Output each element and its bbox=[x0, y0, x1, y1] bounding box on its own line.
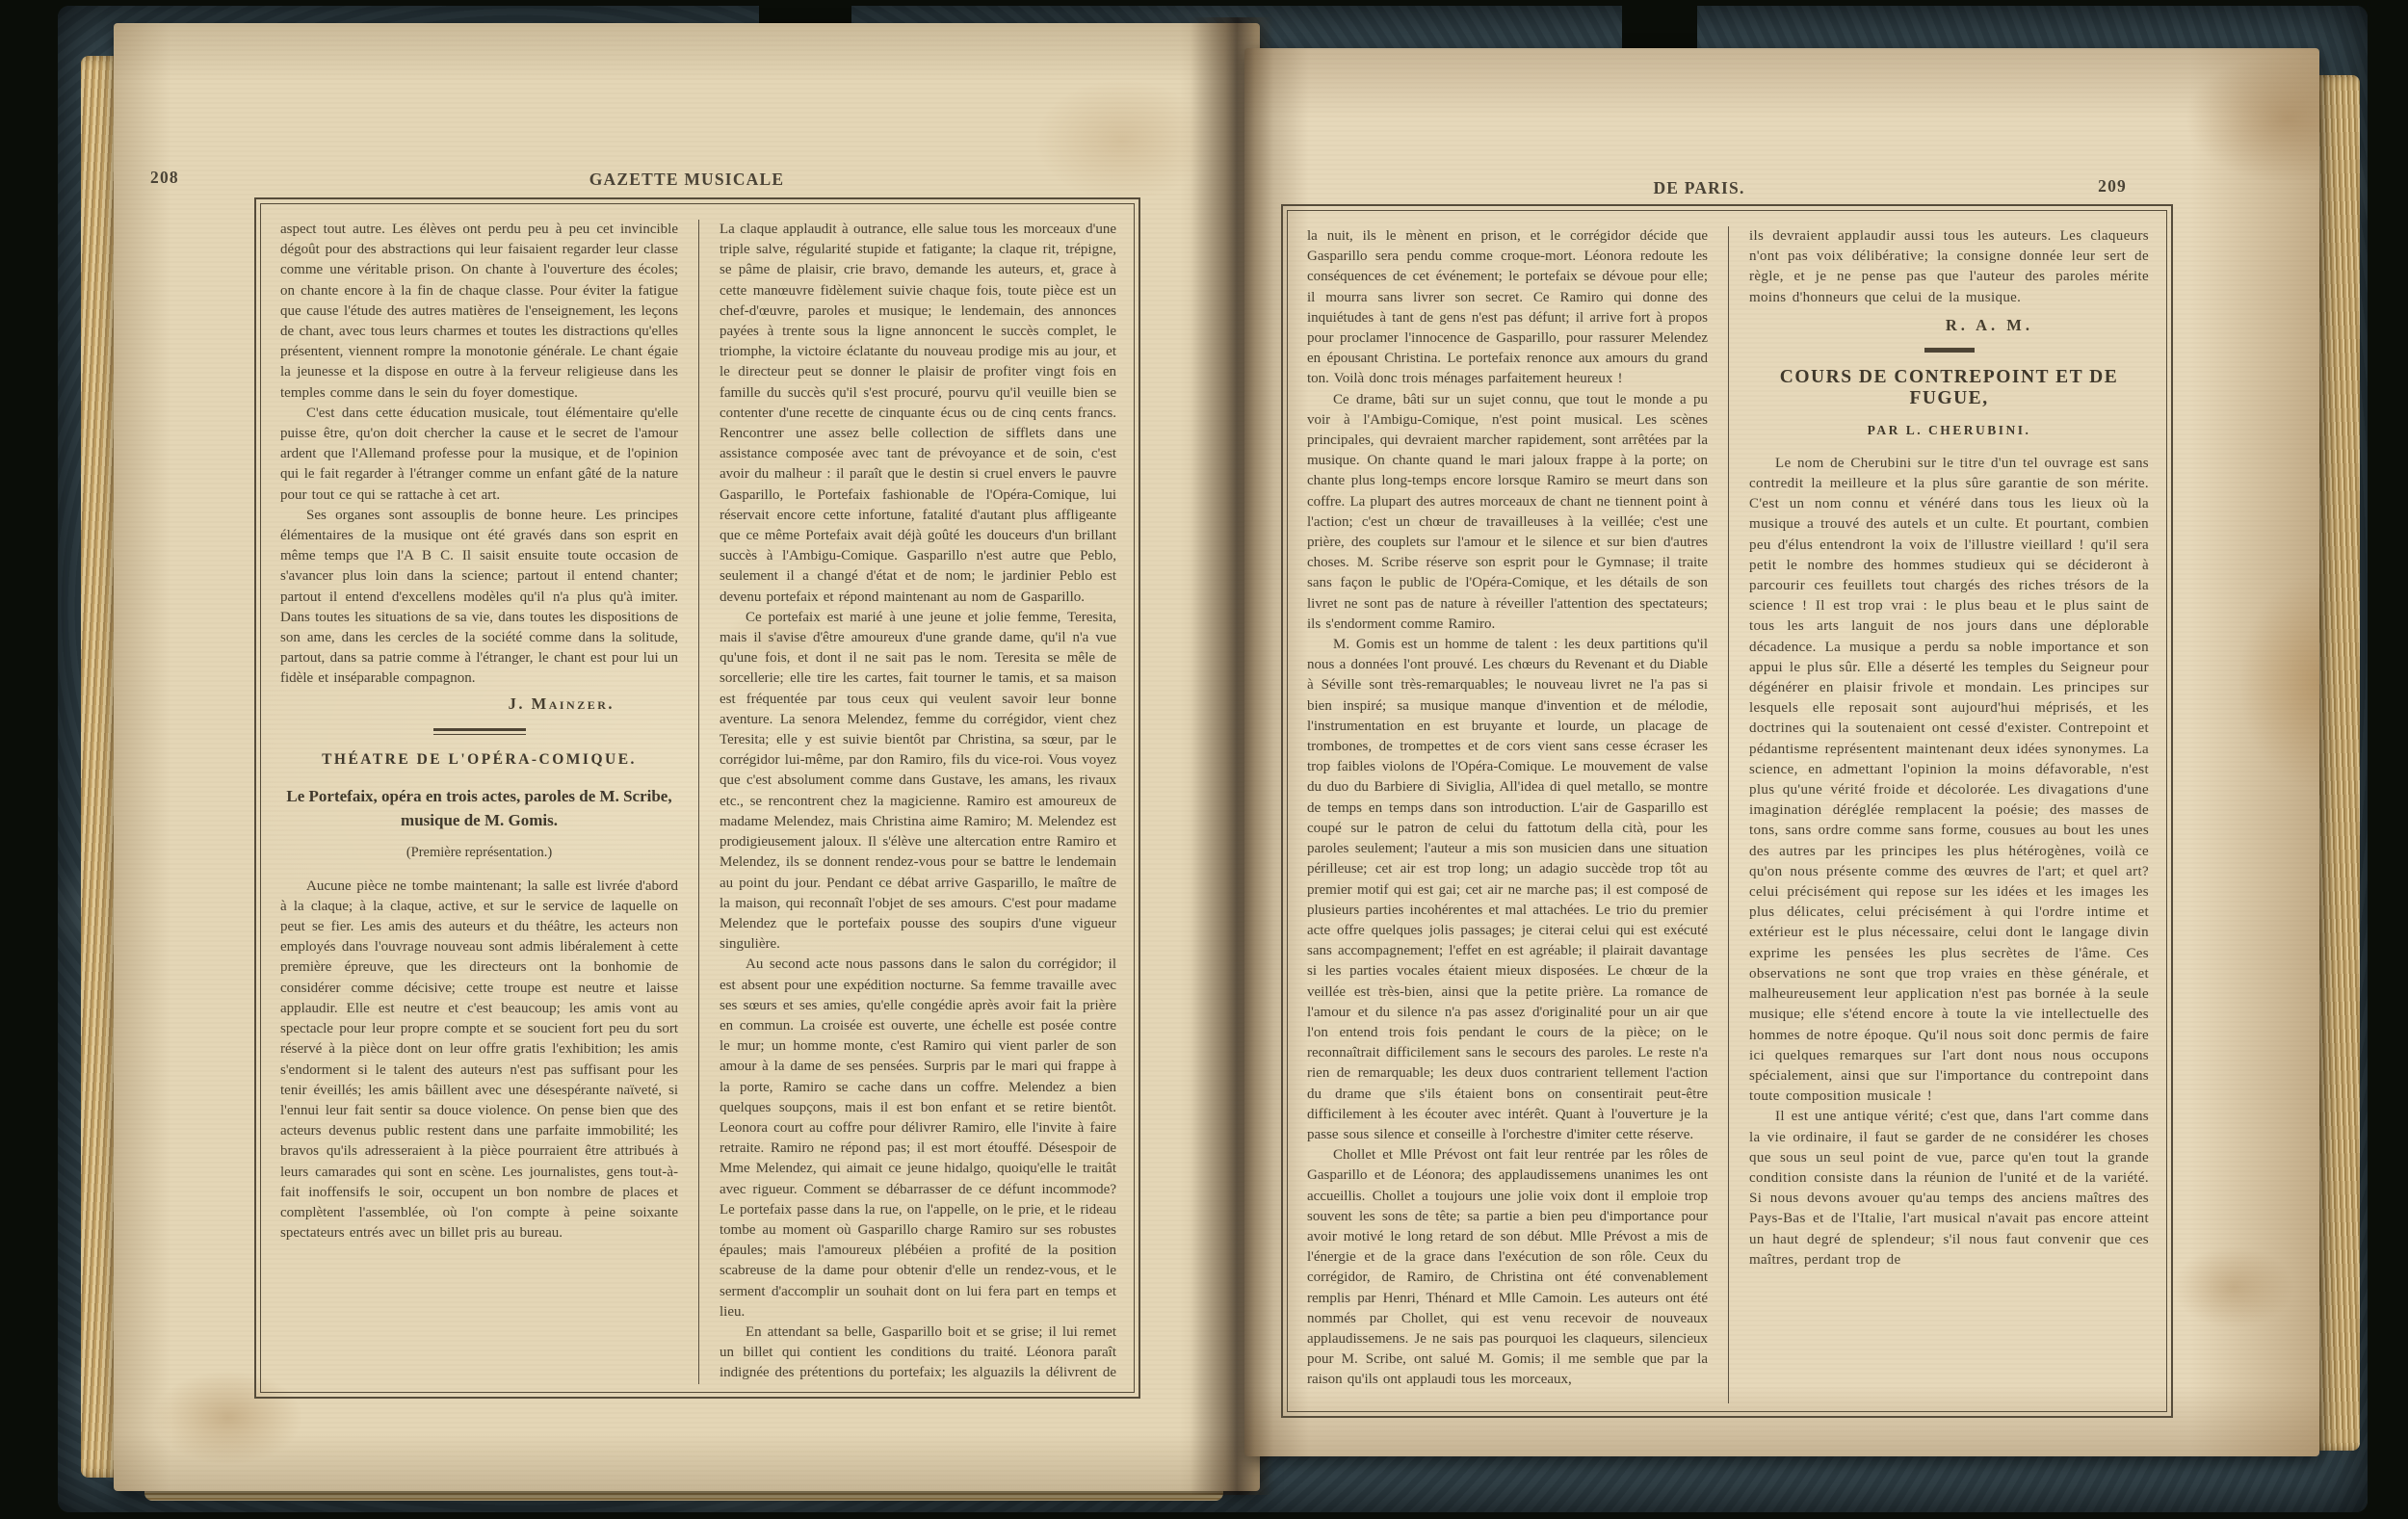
work-title-portefaix: Le Portefaix, opéra en trois actes, paro… bbox=[286, 784, 672, 832]
author-signature-ram: R. A. M. bbox=[1749, 316, 2149, 335]
paragraph: Aucune pièce ne tombe maintenant; la sal… bbox=[280, 877, 678, 1244]
paragraph: La claque applaudit à outrance, elle sal… bbox=[720, 220, 1116, 608]
scanned-book-photo: { "publication": { "left_page": { "page_… bbox=[0, 0, 2408, 1519]
section-divider bbox=[433, 728, 526, 735]
paragraph: Ce drame, bâti sur un sujet connu, que t… bbox=[1307, 390, 1708, 635]
column-209-1: la nuit, ils le mènent en prison, et le … bbox=[1307, 226, 1728, 1403]
running-title-right: DE PARIS. bbox=[1162, 178, 2237, 198]
background-notch bbox=[1622, 0, 1697, 54]
column-208-1: aspect tout autre. Les élèves ont perdu … bbox=[280, 220, 698, 1384]
page-right: DE PARIS. 209 la nuit, ils le mènent en … bbox=[1244, 48, 2319, 1456]
paragraph: M. Gomis est un homme de talent : les de… bbox=[1307, 635, 1708, 1145]
premiere-note: (Première représentation.) bbox=[280, 845, 678, 861]
page-left: 208 GAZETTE MUSICALE aspect tout autre. … bbox=[114, 23, 1260, 1491]
paragraph: Le nom de Cherubini sur le titre d'un te… bbox=[1749, 454, 2149, 1108]
page-number-right: 209 bbox=[2098, 176, 2127, 196]
article-heading-contrepoint: COURS DE CONTREPOINT ET DE FUGUE, bbox=[1749, 367, 2149, 409]
paragraph: Chollet et Mlle Prévost ont fait leur re… bbox=[1307, 1145, 1708, 1390]
paragraph: Ce portefaix est marié à une jeune et jo… bbox=[720, 608, 1116, 955]
column-208-2: La claque applaudit à outrance, elle sal… bbox=[698, 220, 1116, 1384]
paragraph: C'est dans cette éducation musicale, tou… bbox=[280, 404, 678, 506]
section-divider bbox=[1924, 348, 1975, 353]
byline-cherubini: PAR L. CHERUBINI. bbox=[1749, 423, 2149, 438]
column-209-2: ils devraient applaudir aussi tous les a… bbox=[1728, 226, 2149, 1403]
paragraph: ils devraient applaudir aussi tous les a… bbox=[1749, 226, 2149, 308]
text-frame-left: aspect tout autre. Les élèves ont perdu … bbox=[254, 197, 1140, 1399]
paragraph: Il est une antique vérité; c'est que, da… bbox=[1749, 1107, 2149, 1270]
text-frame-right: la nuit, ils le mènent en prison, et le … bbox=[1281, 204, 2173, 1418]
paragraph: aspect tout autre. Les élèves ont perdu … bbox=[280, 220, 678, 404]
running-title-left: GAZETTE MUSICALE bbox=[114, 170, 1260, 190]
section-heading-theatre: THÉATRE DE L'OPÉRA-COMIQUE. bbox=[280, 751, 678, 769]
paragraph: la nuit, ils le mènent en prison, et le … bbox=[1307, 226, 1708, 390]
author-signature-mainzer: J. Mainzer. bbox=[280, 694, 678, 714]
paragraph: Au second acte nous passons dans le salo… bbox=[720, 955, 1116, 1323]
paragraph: Ses organes sont assouplis de bonne heur… bbox=[280, 506, 678, 690]
paragraph: En attendant sa belle, Gasparillo boit e… bbox=[720, 1323, 1116, 1384]
